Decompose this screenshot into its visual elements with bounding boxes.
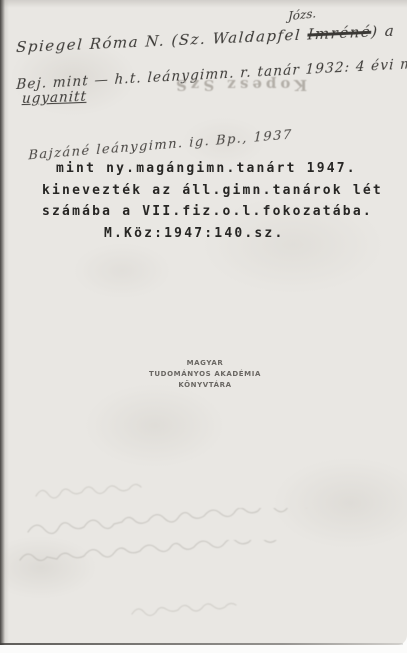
typed-line-2: kinevezték az áll.gimn.tanárok lét [42, 183, 383, 198]
typed-line-3: számába a VII.fiz.o.l.fokozatába. [42, 204, 373, 219]
bleed-through-squiggle-1 [32, 480, 162, 506]
stamp-line-2: TUDOMÁNYOS AKADÉMIA [143, 369, 267, 380]
bleed-through-squiggle-2 [24, 508, 359, 542]
handwritten-line-3: ugyanitt [21, 89, 87, 107]
typed-line-4: M.Köz:1947:140.sz. [104, 226, 284, 241]
stamp-line-1: MAGYAR [143, 358, 267, 369]
ghost-stamp-offset: Kopesz SzS [172, 76, 307, 94]
stamp-line-3: KÖNYVTÁRA [143, 380, 267, 391]
handwritten-name: Spiegel Róma N. (Sz. Waldapfel [16, 26, 308, 57]
handwritten-line-1: Spiegel Róma N. (Sz. Waldapfel Imréné) a [16, 22, 396, 57]
handwritten-insertion: Józs. [288, 6, 317, 23]
bleed-through-squiggle-4 [128, 600, 248, 622]
bleed-through-squiggle-3 [16, 540, 331, 572]
library-stamp: MAGYAR TUDOMÁNYOS AKADÉMIA KÖNYVTÁRA [143, 358, 267, 391]
handwritten-line-1-suffix: ) a [371, 22, 396, 41]
paper-edge-left [0, 0, 5, 645]
handwritten-line-4: Bajzáné leánygimn. ig. Bp., 1937 [28, 128, 293, 164]
scanned-archive-card: Spiegel Róma N. (Sz. Waldapfel Imréné) a… [0, 0, 407, 645]
struck-through-word: Imréné [307, 23, 372, 44]
paper-edge-bottom [0, 643, 403, 645]
typed-line-1: mint ny.magángimn.tanárt 1947. [56, 161, 357, 176]
